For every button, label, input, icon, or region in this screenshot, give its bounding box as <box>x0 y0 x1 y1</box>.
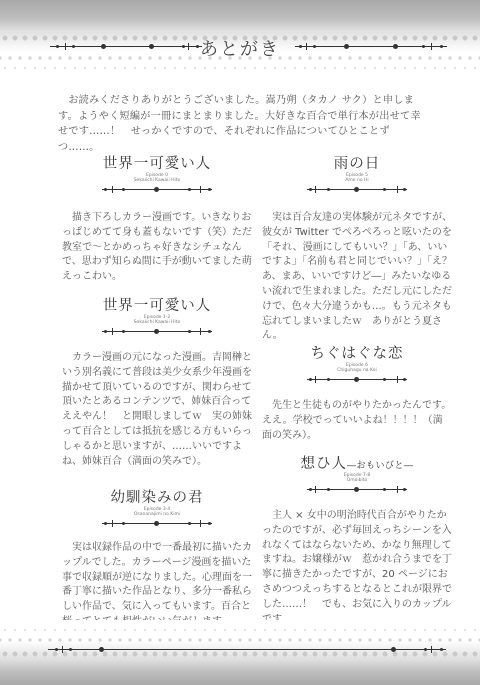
episode-ornament-divider <box>102 327 212 335</box>
episode-ornament-divider <box>307 375 407 383</box>
episode-ornament-divider <box>307 485 407 493</box>
episode-ornament-divider <box>307 185 407 193</box>
episode-block-2: 幼馴染みの君 Episode 3-4 Osananajimi no Kimi 実… <box>62 486 252 630</box>
episode-comment: 主人 × 女中の明治時代百合がやりたかったのですが、必ず毎回えっちシーンを入れな… <box>262 509 452 627</box>
episode-romaji: Omoibito <box>262 478 452 483</box>
episode-block-5: 想ひ人―おもいびと― Episode 7-8 Omoibito 主人 × 女中の… <box>262 452 452 627</box>
episode-comment: 先生と生徒ものがやりたかったんです。ええ。学校でっていいよね！！！！（満面の笑み… <box>262 399 452 443</box>
episode-title: 幼馴染みの君 <box>62 486 252 507</box>
episode-block-4: ちぐはぐな恋 Episode 6 Chiguhagu na Koi 先生と生徒も… <box>262 342 452 443</box>
episode-block-0: 世界一可愛い人 Episode 0 Sekaiichi Kawaii Hito … <box>62 152 252 285</box>
episode-block-1: 世界一可愛い人 Episode 1-2 Sekaiichi Kawaii Hit… <box>62 294 252 469</box>
episode-romaji: Chiguhagu na Koi <box>262 368 452 373</box>
intro-paragraph: お読みくださりありがとうございました。嵩乃朔（タカノ サク）と申します。ようやく… <box>58 93 428 155</box>
episode-romaji: Ame no Hi <box>262 178 452 183</box>
episode-block-3: 雨の日 Episode 5 Ame no Hi 実は百合友達の実体験が元ネタです… <box>262 152 452 344</box>
episode-ornament-divider <box>102 519 212 527</box>
episode-title-main: 想ひ人 <box>300 456 347 472</box>
episode-romaji: Sekaiichi Kawaii Hito <box>62 178 252 183</box>
episode-ornament-divider <box>102 185 212 193</box>
episode-title: 世界一可愛い人 <box>62 294 252 315</box>
footer-halftone-band <box>0 620 480 685</box>
episode-comment: カラー漫画の元になった漫画。吉岡榊という別名義にて普段は美少女系少年漫画を描かせ… <box>62 351 252 469</box>
episode-comment: 実は百合友達の実体験が元ネタですが、彼女が Twitter でぺろぺろっと呟いた… <box>262 211 452 344</box>
episode-title: 雨の日 <box>262 152 452 173</box>
episode-romaji: Sekaiichi Kawaii Hito <box>62 320 252 325</box>
episode-title: ちぐはぐな恋 <box>262 342 452 363</box>
episode-title: 想ひ人―おもいびと― <box>262 452 452 473</box>
episode-title: 世界一可愛い人 <box>62 152 252 173</box>
episode-comment: 実は収録作品の中で一番最初に描いたカップルでした。カラーページ漫画を描いた事で収… <box>62 541 252 630</box>
episode-title-furigana: ―おもいびと― <box>347 461 414 471</box>
episode-comment: 描き下ろしカラー漫画です。いきなりおっぱじめてて身も蓋もないです（笑）ただ教室で… <box>62 211 252 285</box>
episode-romaji: Osananajimi no Kimi <box>62 512 252 517</box>
page-title: あとがき <box>0 35 480 61</box>
